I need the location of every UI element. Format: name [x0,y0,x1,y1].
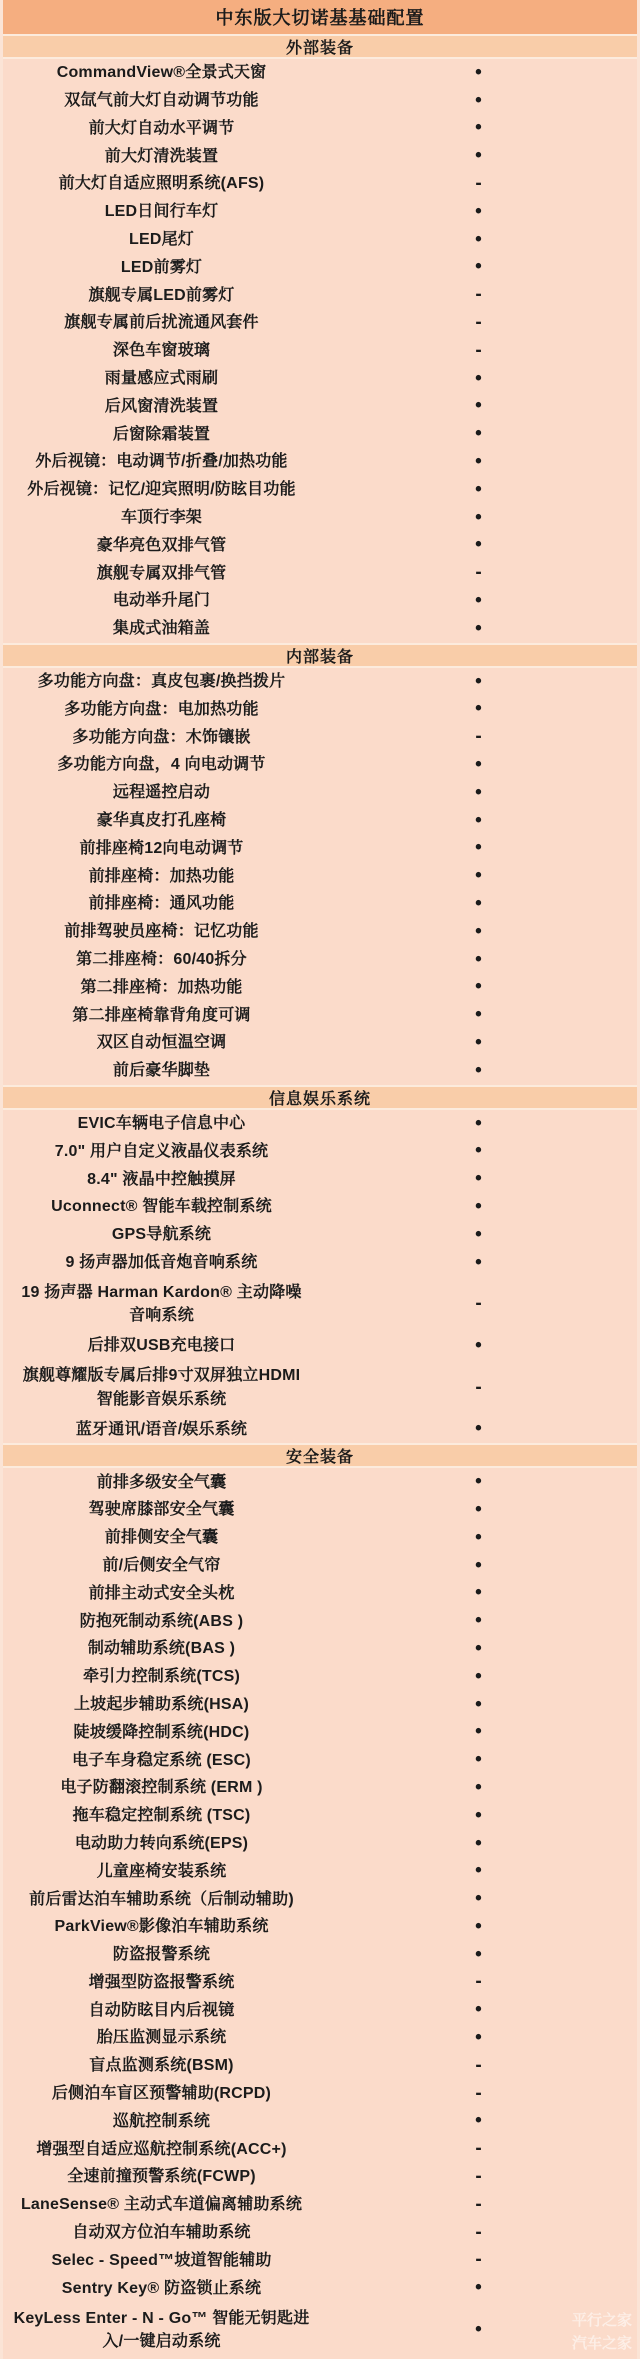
feature-value: • [320,534,637,556]
feature-label: Uconnect® 智能车载控制系统 [3,1195,320,1218]
feature-row: 前排多级安全气囊 • [3,1468,637,1496]
feature-row: 前排主动式安全头枕 • [3,1579,637,1607]
section-header: 安全装备 [3,1443,637,1468]
feature-value: • [320,1944,637,1966]
feature-label: 前排侧安全气囊 [3,1526,320,1549]
feature-value: • [320,1833,637,1855]
feature-label: 第二排座椅靠背角度可调 [3,1004,320,1027]
feature-value: • [320,590,637,612]
feature-value: • [320,423,637,445]
feature-value: • [320,1168,637,1190]
feature-row: 9 扬声器加低音炮音响系统 • [3,1249,637,1277]
feature-label: 多功能方向盘，4 向电动调节 [3,753,320,776]
feature-row: 前大灯自动水平调节 • [3,115,637,143]
feature-value: • [320,1224,637,1246]
feature-label: 外后视镜：记忆/迎宾照明/防眩目功能 [3,478,320,501]
feature-row: 胎压监测显示系统 • [3,2024,637,2052]
feature-label: EVIC车辆电子信息中心 [3,1112,320,1135]
feature-value: • [320,368,637,390]
feature-value: • [320,2319,637,2341]
feature-row: 前排座椅：通风功能 • [3,890,637,918]
feature-value: - [320,2249,637,2271]
feature-label: 前大灯自动水平调节 [3,117,320,140]
feature-value: • [320,1499,637,1521]
section-title: 内部装备 [286,644,354,667]
feature-row: 双氙气前大灯自动调节功能 • [3,87,637,115]
feature-label: ParkView®影像泊车辅助系统 [3,1915,320,1938]
section-header: 外部装备 [3,34,637,59]
feature-row: 电子车身稳定系统 (ESC) • [3,1746,637,1774]
feature-label: 前/后侧安全气帘 [3,1554,320,1577]
feature-value: • [320,865,637,887]
feature-label: 自动防眩目内后视镜 [3,1999,320,2022]
feature-value: • [320,1555,637,1577]
feature-row: Selec - Speed™坡道智能辅助 - [3,2247,637,2275]
feature-row: 外后视镜：电动调节/折叠/加热功能 • [3,448,637,476]
feature-value: • [320,754,637,776]
feature-label: 全速前撞预警系统(FCWP) [3,2165,320,2188]
feature-row: 19 扬声器 Harman Kardon® 主动降噪 音响系统 - [3,1276,637,1332]
feature-row: 电子防翻滚控制系统 (ERM ) • [3,1774,637,1802]
feature-row: 蓝牙通讯/语音/娱乐系统 • [3,1415,637,1443]
feature-row: 雨量感应式雨刷 • [3,365,637,393]
feature-label: LaneSense® 主动式车道偏离辅助系统 [3,2193,320,2216]
feature-value: • [320,1888,637,1910]
feature-row: 外后视镜：记忆/迎宾照明/防眩目功能 • [3,476,637,504]
feature-label: 电动举升尾门 [3,589,320,612]
feature-row: 巡航控制系统 • [3,2108,637,2136]
feature-label: 前排驾驶员座椅：记忆功能 [3,920,320,943]
feature-value: • [320,1721,637,1743]
feature-value: • [320,1335,637,1357]
feature-value: - [320,726,637,748]
feature-label: CommandView®全景式天窗 [3,61,320,84]
feature-row: 集成式油箱盖 • [3,615,637,643]
feature-row: 前排座椅12向电动调节 • [3,835,637,863]
feature-row: 牵引力控制系统(TCS) • [3,1663,637,1691]
feature-label: 前排多级安全气囊 [3,1471,320,1494]
feature-row: 后排双USB充电接口 • [3,1332,637,1360]
feature-label: 深色车窗玻璃 [3,339,320,362]
section-title: 信息娱乐系统 [269,1086,371,1109]
feature-row: 儿童座椅安装系统 • [3,1857,637,1885]
feature-row: 多功能方向盘：木饰镶嵌 - [3,723,637,751]
feature-row: 深色车窗玻璃 - [3,337,637,365]
feature-value: • [320,949,637,971]
feature-value: • [320,1916,637,1938]
feature-row: LED日间行车灯 • [3,198,637,226]
feature-row: 前后雷达泊车辅助系统（后制动辅助) • [3,1885,637,1913]
feature-label: 后侧泊车盲区预警辅助(RCPD) [3,2082,320,2105]
feature-row: 旗舰专属LED前雾灯 - [3,281,637,309]
feature-value: • [320,698,637,720]
feature-label: 拖车稳定控制系统 (TSC) [3,1804,320,1827]
feature-value: • [320,2277,637,2299]
feature-label: 雨量感应式雨刷 [3,367,320,390]
feature-row: 多功能方向盘：真皮包裹/换挡拨片 • [3,668,637,696]
feature-row: 后窗除霜装置 • [3,420,637,448]
feature-value: • [320,1418,637,1440]
feature-value: • [320,1666,637,1688]
feature-row: 电动举升尾门 • [3,587,637,615]
feature-row: 增强型自适应巡航控制系统(ACC+) - [3,2135,637,2163]
feature-label: 豪华亮色双排气管 [3,534,320,557]
feature-row: 前排侧安全气囊 • [3,1524,637,1552]
feature-label: 集成式油箱盖 [3,617,320,640]
feature-label: 第二排座椅：加热功能 [3,976,320,999]
feature-value: - [320,1293,637,1315]
feature-row: 前后豪华脚垫 • [3,1057,637,1085]
feature-label: 19 扬声器 Harman Kardon® 主动降噪 音响系统 [3,1281,320,1327]
feature-label: 前排座椅12向电动调节 [3,837,320,860]
feature-row: 车顶行李架 • [3,504,637,532]
feature-value: - [320,2194,637,2216]
feature-value: • [320,1999,637,2021]
page-title: 中东版大切诺基基础配置 [3,0,637,34]
feature-row: 拖车稳定控制系统 (TSC) • [3,1802,637,1830]
feature-label: 旗舰专属双排气管 [3,562,320,585]
feature-value: • [320,671,637,693]
feature-row: 后侧泊车盲区预警辅助(RCPD) - [3,2080,637,2108]
feature-value: • [320,2110,637,2132]
feature-row: 前大灯清洗装置 • [3,142,637,170]
feature-value: • [320,893,637,915]
feature-row: KeyLess Enter - N - Go™ 智能无钥匙进 入/一键启动系统 … [3,2302,637,2358]
feature-row: 制动辅助系统(BAS ) • [3,1635,637,1663]
feature-label: 第二排座椅：60/40拆分 [3,948,320,971]
section-header: 内部装备 [3,643,637,668]
feature-value: • [320,921,637,943]
feature-row: 旗舰尊耀版专属后排9寸双屏独立HDMI 智能影音娱乐系统 - [3,1360,637,1416]
feature-row: 7.0" 用户自定义液晶仪表系统 • [3,1137,637,1165]
feature-label: 前后雷达泊车辅助系统（后制动辅助) [3,1888,320,1911]
feature-row: ParkView®影像泊车辅助系统 • [3,1913,637,1941]
feature-label: GPS导航系统 [3,1223,320,1246]
feature-value: • [320,1805,637,1827]
feature-value: • [320,1860,637,1882]
feature-row: GPS导航系统 • [3,1221,637,1249]
feature-value: - [320,562,637,584]
feature-label: 双氙气前大灯自动调节功能 [3,89,320,112]
feature-value: • [320,1032,637,1054]
feature-value: • [320,1527,637,1549]
feature-value: - [320,2222,637,2244]
feature-value: • [320,837,637,859]
feature-label: 前大灯自适应照明系统(AFS) [3,172,320,195]
feature-row: 自动双方位泊车辅助系统 - [3,2219,637,2247]
feature-value: • [320,1196,637,1218]
feature-value: • [320,451,637,473]
feature-label: 上坡起步辅助系统(HSA) [3,1693,320,1716]
feature-label: 后窗除霜装置 [3,423,320,446]
feature-row: 上坡起步辅助系统(HSA) • [3,1691,637,1719]
feature-value: - [320,284,637,306]
feature-row: 增强型防盗报警系统 - [3,1969,637,1997]
feature-label: 前后豪华脚垫 [3,1059,320,1082]
feature-value: • [320,1113,637,1135]
feature-row: LaneSense® 主动式车道偏离辅助系统 - [3,2191,637,2219]
feature-value: • [320,229,637,251]
feature-label: 盲点监测系统(BSM) [3,2054,320,2077]
feature-label: 牵引力控制系统(TCS) [3,1665,320,1688]
feature-row: 前排座椅：加热功能 • [3,862,637,890]
feature-label: 双区自动恒温空调 [3,1031,320,1054]
feature-row: 第二排座椅：加热功能 • [3,974,637,1002]
feature-row: 前大灯自适应照明系统(AFS) - [3,170,637,198]
feature-value: • [320,256,637,278]
feature-label: 制动辅助系统(BAS ) [3,1637,320,1660]
feature-label: 电动助力转向系统(EPS) [3,1832,320,1855]
feature-value: • [320,1140,637,1162]
feature-label: 9 扬声器加低音炮音响系统 [3,1251,320,1274]
feature-value: • [320,90,637,112]
feature-value: • [320,1777,637,1799]
feature-row: 豪华亮色双排气管 • [3,532,637,560]
feature-row: 陡坡缓降控制系统(HDC) • [3,1718,637,1746]
section-title: 安全装备 [286,1444,354,1467]
feature-label: LED日间行车灯 [3,200,320,223]
feature-value: • [320,810,637,832]
config-table-page: 中东版大切诺基基础配置 外部装备 CommandView®全景式天窗 • 双氙气… [0,0,640,2359]
feature-row: EVIC车辆电子信息中心 • [3,1110,637,1138]
feature-label: 旗舰专属LED前雾灯 [3,284,320,307]
feature-label: 旗舰尊耀版专属后排9寸双屏独立HDMI 智能影音娱乐系统 [3,1364,320,1410]
feature-value: • [320,395,637,417]
feature-value: - [320,340,637,362]
feature-label: 防抱死制动系统(ABS ) [3,1610,320,1633]
feature-label: 多功能方向盘：真皮包裹/换挡拨片 [3,670,320,693]
feature-value: - [320,2083,637,2105]
feature-row: 旗舰专属前后扰流通风套件 - [3,309,637,337]
feature-row: CommandView®全景式天窗 • [3,59,637,87]
feature-row: Uconnect® 智能车载控制系统 • [3,1193,637,1221]
feature-value: - [320,1971,637,1993]
feature-row: 豪华真皮打孔座椅 • [3,807,637,835]
feature-value: • [320,1582,637,1604]
feature-row: 前排驾驶员座椅：记忆功能 • [3,918,637,946]
feature-label: 蓝牙通讯/语音/娱乐系统 [3,1418,320,1441]
feature-label: 电子防翻滚控制系统 (ERM ) [3,1776,320,1799]
feature-label: 增强型防盗报警系统 [3,1971,320,1994]
feature-value: • [320,145,637,167]
feature-label: 前排座椅：通风功能 [3,892,320,915]
feature-label: KeyLess Enter - N - Go™ 智能无钥匙进 入/一键启动系统 [3,2307,320,2353]
feature-value: - [320,173,637,195]
feature-label: 后风窗清洗装置 [3,395,320,418]
feature-row: 多功能方向盘：电加热功能 • [3,696,637,724]
feature-label: 外后视镜：电动调节/折叠/加热功能 [3,450,320,473]
feature-label: 胎压监测显示系统 [3,2026,320,2049]
feature-value: • [320,1004,637,1026]
feature-row: Sentry Key® 防盗锁止系统 • [3,2274,637,2302]
feature-row: 双区自动恒温空调 • [3,1029,637,1057]
section-header: 信息娱乐系统 [3,1085,637,1110]
feature-value: • [320,618,637,640]
feature-value: • [320,1060,637,1082]
feature-value: • [320,782,637,804]
feature-label: 豪华真皮打孔座椅 [3,809,320,832]
feature-row: 电动助力转向系统(EPS) • [3,1830,637,1858]
feature-value: • [320,1610,637,1632]
feature-label: 远程遥控启动 [3,781,320,804]
feature-row: 防抱死制动系统(ABS ) • [3,1607,637,1635]
feature-label: 自动双方位泊车辅助系统 [3,2221,320,2244]
feature-row: LED尾灯 • [3,226,637,254]
feature-row: 盲点监测系统(BSM) - [3,2052,637,2080]
feature-row: 第二排座椅：60/40拆分 • [3,946,637,974]
feature-label: 旗舰专属前后扰流通风套件 [3,311,320,334]
feature-row: 多功能方向盘，4 向电动调节 • [3,751,637,779]
feature-value: • [320,201,637,223]
feature-row: 驾驶席膝部安全气囊 • [3,1496,637,1524]
feature-row: 全速前撞预警系统(FCWP) - [3,2163,637,2191]
feature-value: • [320,507,637,529]
feature-label: 防盗报警系统 [3,1943,320,1966]
feature-value: • [320,1749,637,1771]
feature-label: 7.0" 用户自定义液晶仪表系统 [3,1140,320,1163]
feature-row: 远程遥控启动 • [3,779,637,807]
feature-row: LED前雾灯 • [3,254,637,282]
feature-row: 8.4" 液晶中控触摸屏 • [3,1165,637,1193]
feature-value: • [320,1252,637,1274]
feature-value: - [320,2138,637,2160]
feature-value: • [320,1694,637,1716]
feature-value: - [320,312,637,334]
feature-label: 驾驶席膝部安全气囊 [3,1498,320,1521]
feature-row: 自动防眩目内后视镜 • [3,1996,637,2024]
feature-value: • [320,1471,637,1493]
section-title: 外部装备 [286,35,354,58]
feature-label: 儿童座椅安装系统 [3,1860,320,1883]
feature-label: 前排座椅：加热功能 [3,865,320,888]
feature-label: Sentry Key® 防盗锁止系统 [3,2277,320,2300]
feature-label: Selec - Speed™坡道智能辅助 [3,2249,320,2272]
feature-label: 前排主动式安全头枕 [3,1582,320,1605]
feature-value: • [320,2027,637,2049]
feature-label: 多功能方向盘：电加热功能 [3,698,320,721]
feature-label: LED前雾灯 [3,256,320,279]
feature-label: LED尾灯 [3,228,320,251]
feature-row: 旗舰专属双排气管 - [3,559,637,587]
feature-row: 后风窗清洗装置 • [3,393,637,421]
feature-label: 电子车身稳定系统 (ESC) [3,1749,320,1772]
feature-label: 陡坡缓降控制系统(HDC) [3,1721,320,1744]
feature-value: • [320,976,637,998]
feature-label: 增强型自适应巡航控制系统(ACC+) [3,2138,320,2161]
feature-label: 8.4" 液晶中控触摸屏 [3,1168,320,1191]
feature-label: 多功能方向盘：木饰镶嵌 [3,726,320,749]
feature-value: - [320,2055,637,2077]
feature-value: • [320,479,637,501]
feature-value: - [320,1377,637,1399]
feature-value: • [320,117,637,139]
feature-label: 后排双USB充电接口 [3,1334,320,1357]
feature-value: - [320,2166,637,2188]
feature-label: 巡航控制系统 [3,2110,320,2133]
feature-label: 车顶行李架 [3,506,320,529]
config-table: 外部装备 CommandView®全景式天窗 • 双氙气前大灯自动调节功能 • … [3,34,637,2358]
feature-row: 第二排座椅靠背角度可调 • [3,1001,637,1029]
feature-row: 防盗报警系统 • [3,1941,637,1969]
feature-value: • [320,1638,637,1660]
feature-row: 前/后侧安全气帘 • [3,1552,637,1580]
feature-value: • [320,62,637,84]
feature-label: 前大灯清洗装置 [3,145,320,168]
